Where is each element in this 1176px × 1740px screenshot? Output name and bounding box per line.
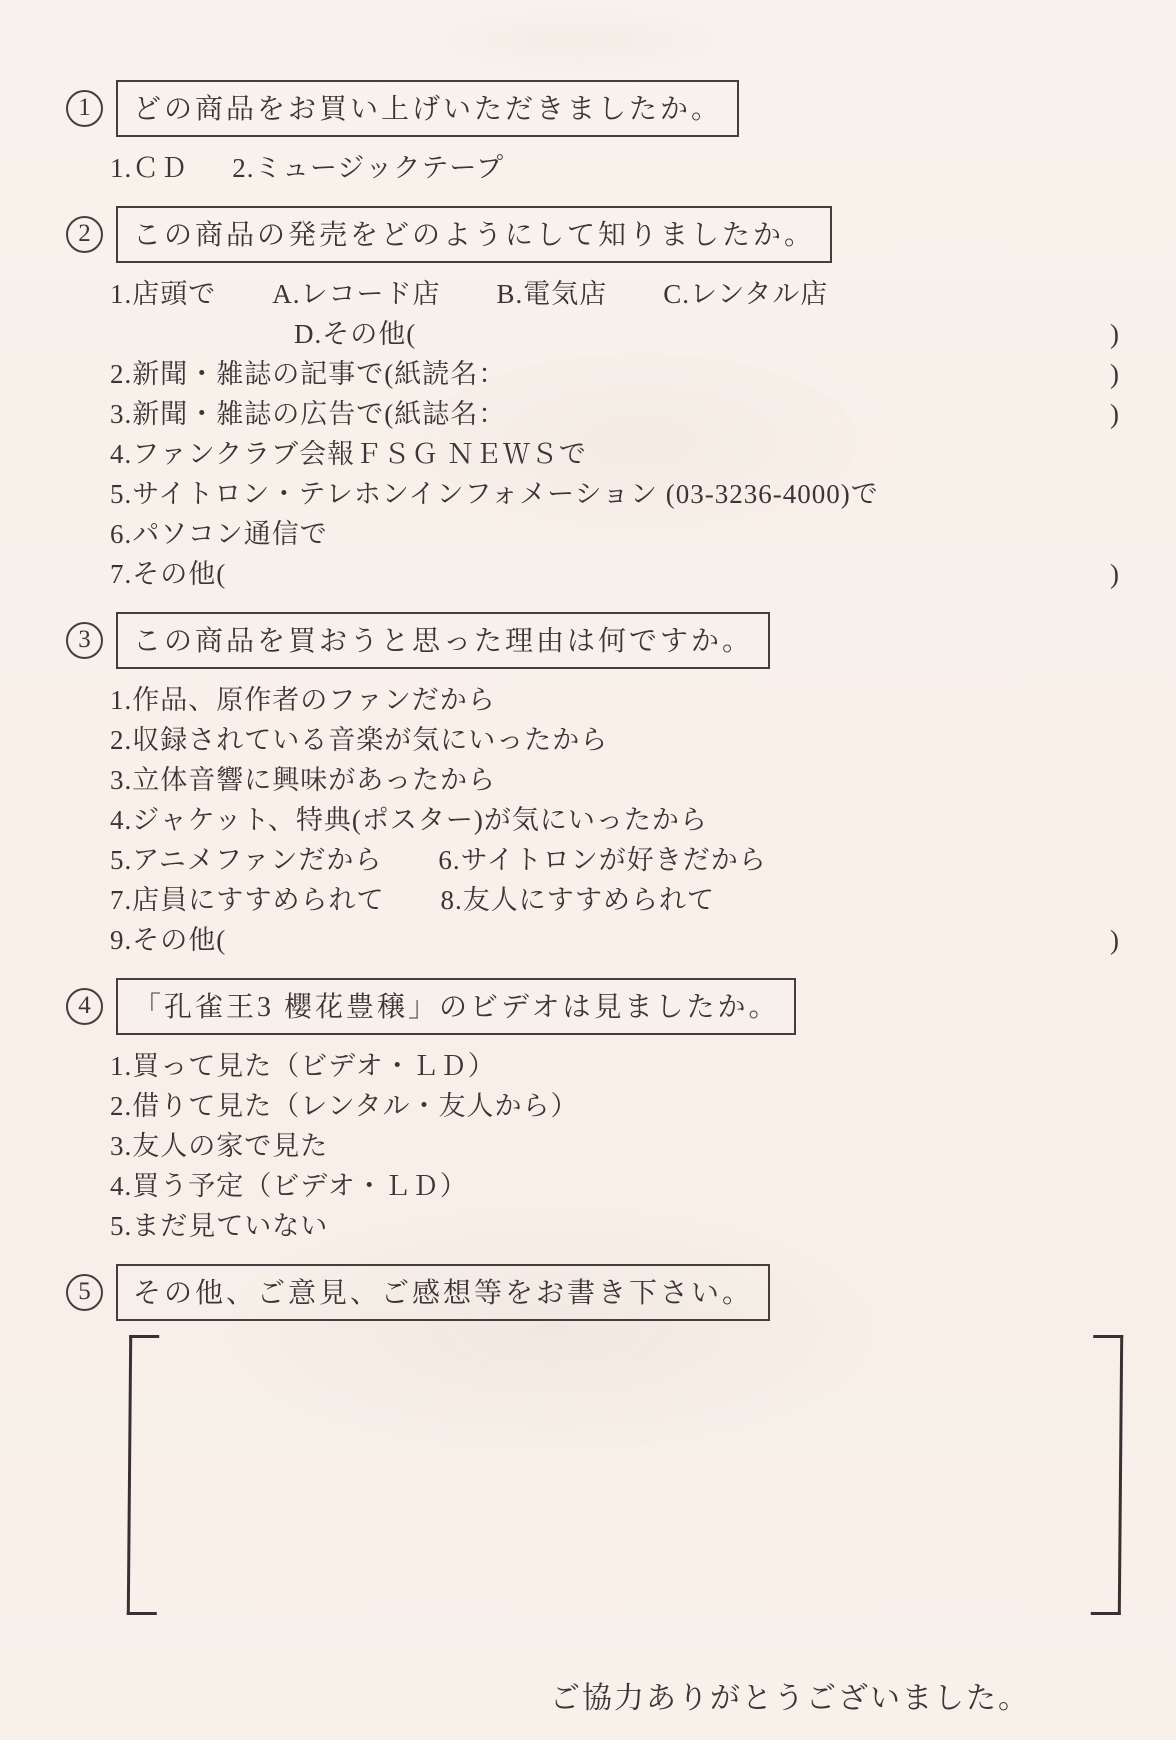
option-segment: C.レンタル店: [663, 274, 828, 314]
option-line: 9.その他( ): [110, 920, 1176, 960]
option-line: 3.友人の家で見た: [110, 1126, 1176, 1166]
question-4-header: 4 「孔雀王3 櫻花豊穣」のビデオは見ましたか。: [66, 978, 1176, 1035]
questionnaire-page: 1 どの商品をお買い上げいただきましたか。 1.ＣＤ 2.ミュージックテープ 2…: [0, 0, 1176, 1740]
option-line: D.その他( ): [294, 314, 1176, 354]
question-1-header: 1 どの商品をお買い上げいただきましたか。: [66, 80, 1176, 137]
option-line: 2.新聞・雑誌の記事で(紙読名： ): [110, 354, 1176, 394]
option-line: 1.買って見た（ビデオ・ＬＤ）: [110, 1046, 1176, 1086]
question-2-title: この商品の発売をどのようにして知りましたか。: [116, 206, 832, 263]
free-comment-area: [128, 1335, 1122, 1615]
question-2-options: 1.店頭で A.レコード店 B.電気店 C.レンタル店 D.その他( ) 2.新…: [110, 274, 1176, 594]
option-segment: 5.アニメファンだから: [110, 840, 382, 880]
circled-number-1: 1: [66, 90, 103, 127]
question-3-header: 3 この商品を買おうと思った理由は何ですか。: [66, 612, 1176, 669]
circled-number-2: 2: [66, 216, 103, 253]
question-3-title: この商品を買おうと思った理由は何ですか。: [116, 612, 770, 669]
close-paren: ): [1110, 314, 1120, 354]
option-segment: 6.サイトロンが好きだから: [438, 840, 766, 880]
paper-bleed-ghost: [430, 10, 730, 70]
option-segment: 1.店頭で: [110, 274, 216, 314]
thanks-note: ご協力ありがとうございました。: [0, 1673, 1176, 1717]
option-segment: 7.店員にすすめられて: [110, 880, 385, 920]
option-line: 7.その他( ): [110, 554, 1176, 594]
question-3-options: 1.作品、原作者のファンだから 2.収録されている音楽が気にいったから 3.立体…: [110, 680, 1176, 960]
option-line: 4.ファンクラブ会報ＦＳＧ ＮＥＷＳで: [110, 434, 1176, 474]
option-line: 5.アニメファンだから 6.サイトロンが好きだから: [110, 840, 1176, 880]
option-text: 2.新聞・雑誌の記事で(紙読名：: [110, 359, 506, 389]
question-1: 1 どの商品をお買い上げいただきましたか。 1.ＣＤ 2.ミュージックテープ: [0, 80, 1176, 206]
circled-number-5: 5: [66, 1274, 103, 1311]
option-line: 3.新聞・雑誌の広告で(紙誌名： ): [110, 394, 1176, 434]
question-2-header: 2 この商品の発売をどのようにして知りましたか。: [66, 206, 1176, 263]
option-segment: 8.友人にすすめられて: [441, 880, 716, 920]
question-4: 4 「孔雀王3 櫻花豊穣」のビデオは見ましたか。 1.買って見た（ビデオ・ＬＤ）…: [0, 978, 1176, 1264]
question-4-options: 1.買って見た（ビデオ・ＬＤ） 2.借りて見た（レンタル・友人から） 3.友人の…: [110, 1046, 1176, 1246]
option-text: 7.その他(: [110, 559, 226, 589]
question-5-title: その他、ご意見、ご感想等をお書き下さい。: [116, 1264, 770, 1321]
close-paren: ): [1110, 394, 1120, 434]
option-text: D.その他(: [294, 319, 416, 349]
circled-number-4: 4: [66, 988, 103, 1025]
question-2: 2 この商品の発売をどのようにして知りましたか。 1.店頭で A.レコード店 B…: [0, 206, 1176, 612]
option-line: 5.サイトロン・テレホンインフォメーション (03-3236-4000)で: [110, 474, 1176, 514]
option-text: 3.新聞・雑誌の広告で(紙誌名：: [110, 399, 506, 429]
question-3: 3 この商品を買おうと思った理由は何ですか。 1.作品、原作者のファンだから 2…: [0, 612, 1176, 978]
question-5-header: 5 その他、ご意見、ご感想等をお書き下さい。: [66, 1264, 1176, 1321]
left-bracket: [127, 1335, 159, 1615]
option-line: 2.借りて見た（レンタル・友人から）: [110, 1086, 1176, 1126]
option-line: 7.店員にすすめられて 8.友人にすすめられて: [110, 880, 1176, 920]
option-segment: A.レコード店: [272, 274, 440, 314]
option-segment: 2.ミュージックテープ: [232, 148, 504, 188]
question-5: 5 その他、ご意見、ご感想等をお書き下さい。: [0, 1264, 1176, 1615]
option-line: 1.作品、原作者のファンだから: [110, 680, 1176, 720]
option-line: 4.買う予定（ビデオ・ＬＤ）: [110, 1166, 1176, 1206]
question-4-title: 「孔雀王3 櫻花豊穣」のビデオは見ましたか。: [116, 978, 796, 1035]
option-line: 1.ＣＤ 2.ミュージックテープ: [110, 148, 1176, 188]
option-line: 6.パソコン通信で: [110, 514, 1176, 554]
right-bracket: [1091, 1335, 1123, 1615]
close-paren: ): [1110, 920, 1120, 960]
close-paren: ): [1110, 554, 1120, 594]
option-text: 9.その他(: [110, 925, 226, 955]
option-line: 1.店頭で A.レコード店 B.電気店 C.レンタル店: [110, 274, 1176, 314]
option-line: 5.まだ見ていない: [110, 1206, 1176, 1246]
option-segment: B.電気店: [497, 274, 608, 314]
option-segment: 1.ＣＤ: [110, 148, 188, 188]
option-line: 3.立体音響に興味があったから: [110, 760, 1176, 800]
option-line: 4.ジャケット、特典(ポスター)が気にいったから: [110, 800, 1176, 840]
close-paren: ): [1110, 354, 1120, 394]
question-1-options: 1.ＣＤ 2.ミュージックテープ: [110, 148, 1176, 188]
option-line: 2.収録されている音楽が気にいったから: [110, 720, 1176, 760]
question-1-title: どの商品をお買い上げいただきましたか。: [116, 80, 739, 137]
circled-number-3: 3: [66, 622, 103, 659]
